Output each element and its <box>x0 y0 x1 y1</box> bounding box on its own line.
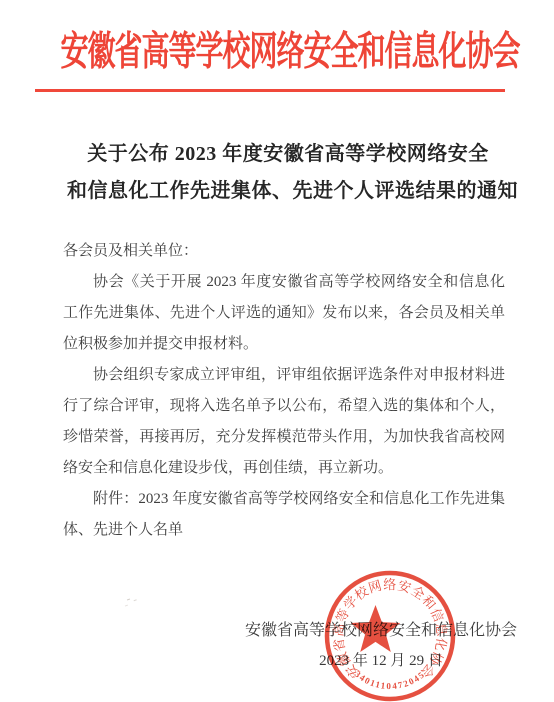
salutation: 各会员及相关单位： <box>63 236 505 267</box>
body-paragraph-2: 协会组织专家成立评审组，评审组依据评选条件对申报材料进行了综合评审，现将入选名单… <box>63 360 505 484</box>
letterhead-title: 安徽省高等学校网络安全和信息化协会 <box>0 30 554 76</box>
document-title-line2: 和信息化工作先进集体、先进个人评选结果的通知 <box>67 173 509 210</box>
document-page: 安徽省高等学校网络安全和信息化协会 关于公布 2023 年度安徽省高等学校网络安… <box>0 0 554 702</box>
attachment-line: 附件：2023 年度安徽省高等学校网络安全和信息化工作先进集体、先进个人名单 <box>63 484 505 546</box>
letterhead-text: 安徽省高等学校网络安全和信息化协会 <box>60 20 519 85</box>
seal-serial: 3401110472045 <box>353 669 427 691</box>
body-paragraph-1: 协会《关于开展 2023 年度安徽省高等学校网络安全和信息化工作先进集体、先进个… <box>63 267 505 360</box>
seal-star-icon <box>351 605 400 652</box>
letterhead-divider <box>35 89 505 92</box>
scan-artifact <box>127 599 130 601</box>
document-body: 各会员及相关单位： 协会《关于开展 2023 年度安徽省高等学校网络安全和信息化… <box>63 236 505 546</box>
svg-text:3401110472045: 3401110472045 <box>353 669 427 691</box>
official-seal: 安徽省高等学校网络安全和信息化协会 3401110472045 <box>320 566 460 702</box>
document-title-line1: 关于公布 2023 年度安徽省高等学校网络安全 <box>67 136 509 173</box>
document-title: 关于公布 2023 年度安徽省高等学校网络安全 和信息化工作先进集体、先进个人评… <box>67 136 509 210</box>
